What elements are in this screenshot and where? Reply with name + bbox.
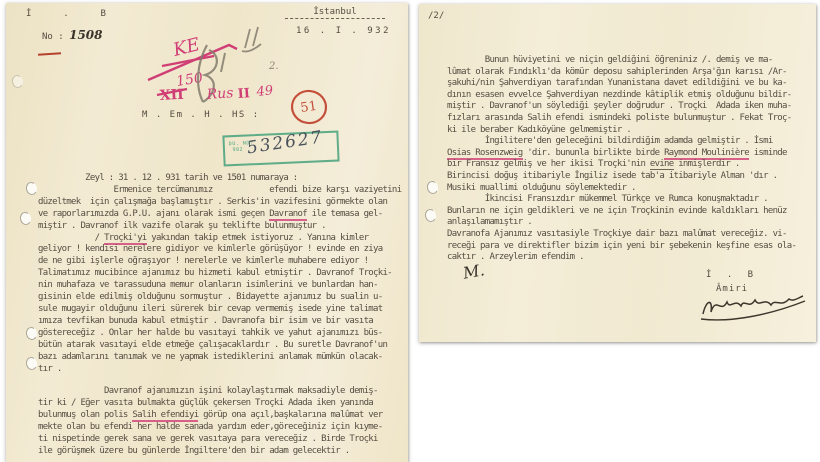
text-line: şakuhi/nin Şahverdiyan tarafından Yunani… (447, 78, 809, 90)
pencil-small-note: 2. (268, 61, 279, 72)
text-segment: Zeyl : 31 . 12 . 931 tarih ve 1501 numar… (38, 173, 298, 183)
underlined-text: Troçki'yi (104, 233, 146, 245)
no-label: No : (42, 32, 64, 42)
text-segment: tır . (38, 364, 62, 374)
text-segment: Talimatımız mucibince ajanımız bu hizmet… (38, 268, 392, 278)
text-segment: bulunmuş olan polis (38, 410, 132, 420)
text-segment: bir Fransız gelmiş ve her ikisi Troçki'n… (447, 159, 650, 169)
text-segment: ki ile beraber Kadıköyüne gelmemiştir . (447, 125, 631, 135)
text-segment: mekte olan bu efendi her halde sanada ya… (38, 422, 382, 432)
text-segment: İkincisi Fransızdır mükemmel Türkçe ve R… (447, 194, 768, 204)
text-segment: Birincisi doğuş itibariyle İngiliz isede… (447, 171, 777, 181)
text-segment: Ermenice tercümanımız efendi bize karşı … (38, 185, 401, 195)
pencil-stroke-i (221, 53, 225, 72)
text-segment: gisinin elde edilmiş olduğunu sormuştur … (38, 292, 382, 302)
document-scan-viewer: İ . B No : 1508 İstanbul 16 . I . 932 M … (0, 0, 820, 462)
text-segment: Musiki muallimi olduğunu söylemektedir . (447, 183, 636, 193)
text-line: Musiki muallimi olduğunu söylemektedir . (447, 183, 809, 195)
text-line: lûmat olarak Fındıklı'da kömür deposu sa… (447, 67, 809, 79)
text-segment: fızları arasında Salih efendi ismindeki … (447, 113, 791, 123)
doc-number-handwritten: 1508 (69, 28, 102, 42)
text-line: Ermenice tercümanımız efendi bize karşı … (38, 185, 404, 197)
text-segment: bazı adamlarını tanımak ve ne yapmak ist… (38, 352, 382, 362)
text-line: Zeyl : 31 . 12 . 931 tarih ve 1501 numar… (38, 173, 404, 185)
text-segment: göstereceğiz . Onlar her halde bu vasıta… (38, 328, 382, 338)
text-segment: ile temasa gel- (307, 209, 383, 219)
text-line: ımıza tevfikan bunuda kabul etmiştir . D… (38, 316, 404, 328)
text-line: sule mugayir olduğunu ileri sürerek bir … (38, 304, 404, 316)
text-line: miştir . Davranof ilk vazife olarak şu t… (38, 221, 404, 233)
text-segment: Davranof ajanımızın işini kolaylaştırmak… (38, 386, 378, 396)
punch-hole (19, 211, 32, 226)
scanned-page-1: İ . B No : 1508 İstanbul 16 . I . 932 M … (6, 3, 408, 462)
text-segment: ile görüşmek üzere bu günlerde İngiltere… (38, 446, 349, 456)
text-line: Talimatımız mucibince ajanımız bu hizmet… (38, 268, 404, 280)
text-segment: lûmat olarak Fındıklı'da kömür deposu sa… (447, 67, 787, 77)
text-segment: ve raporlarımızda G.P.U. ajanı olarak is… (38, 209, 269, 219)
doc-number-label: No : 1508 (42, 28, 103, 42)
text-line: tir ki / Eğer vasıta bulmakta güçlük çek… (38, 398, 404, 410)
underlined-text: Osias Rosenzweig (447, 148, 523, 160)
text-line: mekte olan bu efendi her halde sanada ya… (38, 422, 404, 434)
pink-script-note: Rus (205, 85, 234, 103)
text-segment: Bunun hüviyetini ve niçin geldiğini öğre… (447, 55, 773, 65)
text-segment: şakuhi/nin Şahverdiyan tarafından Yunani… (447, 78, 787, 88)
underlined-text: evine (650, 159, 674, 170)
typewritten-body: Bunun hüviyetini ve niçin geldiğini öğre… (447, 55, 809, 264)
text-line: Bunların ne için geldikleri ve ne için T… (447, 206, 809, 218)
pink-ke-note: KE (170, 34, 202, 61)
text-segment: Davranofa Ajanımız vasıtasiyle Troçkiye … (447, 229, 787, 239)
text-segment: yakından takip etmek istiyoruz . Yanına … (147, 233, 369, 243)
text-line: tır . (38, 364, 404, 376)
text-line: İkincisi Fransızdır mükemmel Türkçe ve R… (447, 194, 809, 206)
text-line: düzeltmek için çalışmağa başlamıştır . S… (38, 197, 404, 209)
text-segment: receği para ve direktifler bizim için ye… (447, 241, 796, 251)
pink-number-note: 49 (255, 83, 274, 100)
text-segment: caktır . Arzeylerim efendim . (447, 252, 584, 262)
text-segment: düzeltmek için çalışmağa başlamıştır . S… (38, 197, 387, 207)
circled-number: 51 (299, 99, 317, 116)
text-line: Davranofa Ajanımız vasıtasiyle Troçkiye … (447, 229, 809, 241)
text-segment: görüp ona açıl,başkalarına malûmat ver (198, 410, 382, 420)
text-line: anlaşılamamıştır . (447, 217, 809, 229)
text-line: Osias Rosenzweig 'dir. bununla birlikte … (447, 148, 809, 160)
text-line: İngilitere'den geleceğini bildirdiğim ad… (447, 136, 809, 148)
text-line: geliyor ! kendisi nerelere gidiyor ve ki… (38, 244, 404, 256)
text-segment: tir ki / Eğer vasıta bulmakta güçlük çek… (38, 398, 373, 408)
pink-roman-note: II (237, 86, 250, 102)
handwritten-annotations: KE 150 2. XII Rus II 49 51 (141, 23, 341, 133)
text-line: fızları arasında Salih efendi ismindeki … (447, 113, 809, 125)
punch-hole (11, 74, 24, 89)
page-number: /2/ (428, 11, 444, 21)
signature-flourish (701, 301, 805, 320)
punch-hole (426, 180, 439, 195)
text-line: receği para ve direktifler bizim için ye… (447, 241, 809, 253)
text-segment: ti nispetinde gerek sana ve gerek vasıta… (38, 434, 378, 444)
text-line: miştir . Davranof'un söylediği şeyler do… (447, 101, 809, 113)
signature-line (703, 296, 803, 314)
text-segment: ımıza tevfikan bunuda kabul etmiştir . D… (38, 316, 373, 326)
text-segment: 'dir. bununla birlikte birde (523, 148, 665, 158)
text-line (38, 375, 404, 386)
text-segment: isminde (749, 148, 787, 158)
registry-stamp: DU. NO: 982 532627 (222, 130, 339, 166)
text-line: Davranof ajanımızın işini kolaylaştırmak… (38, 386, 404, 398)
text-line: caktır . Arzeylerim efendim . (447, 252, 809, 264)
pencil-roman-ii-mark (242, 27, 261, 52)
text-line: de ne gibi işlerle oğraşıyor ! nerelerle… (38, 256, 404, 268)
signature-scrawl (697, 292, 812, 324)
punch-hole (25, 326, 38, 341)
text-segment: Bunların ne için geldikleri ve ne için T… (447, 206, 787, 216)
text-line: bulunmuş olan polis Salih efendiyi görüp… (38, 410, 404, 422)
text-line: nin muhafaza ve tarassuduna memur olanla… (38, 280, 404, 292)
underlined-text: Raymond Moulinière (664, 148, 749, 160)
city-line: İstanbul (285, 7, 385, 19)
text-segment: geliyor ! kendisi nerelere gidiyor ve ki… (38, 244, 382, 254)
org-code: İ . B (26, 9, 113, 19)
text-segment: anlaşılamamıştır . (447, 217, 532, 227)
text-line: ve raporlarımızda G.P.U. ajanı olarak is… (38, 209, 404, 221)
handwritten-initial: M. (462, 260, 486, 282)
text-segment: İngilitere'den geleceğini bildirdiğim ad… (447, 136, 773, 146)
text-line: dının esasen evvelce Şahverdiyan nezdind… (447, 90, 809, 102)
text-segment: nin muhafaza ve tarassuduna memur olanla… (38, 280, 378, 290)
text-line: bir Fransız gelmiş ve her ikisi Troçki'n… (447, 159, 809, 171)
punch-hole (25, 356, 38, 371)
red-dash-mark (38, 52, 61, 56)
org-code: İ . B (706, 270, 758, 280)
text-line: / Troçki'yi yakından takip etmek istiyor… (38, 233, 404, 245)
text-line: ile görüşmek üzere bu günlerde İngiltere… (38, 446, 404, 458)
scanned-page-2: /2/ Bunun hüviyetini ve niçin geldiğini … (419, 4, 816, 342)
text-segment: / (38, 233, 104, 243)
text-segment: inmişlerdir . (674, 159, 740, 169)
text-line: Bunun hüviyetini ve niçin geldiğini öğre… (447, 55, 809, 67)
underlined-text: Salih efendiyi (132, 410, 198, 422)
text-segment: sule mugayir olduğunu ileri sürerek bir … (38, 304, 382, 314)
text-line: ki ile beraber Kadıköyüne gelmemiştir . (447, 125, 809, 137)
text-line: bütün atarak vasıtayi elde etmeğe çalışa… (38, 340, 404, 352)
typewritten-body: Zeyl : 31 . 12 . 931 tarih ve 1501 numar… (38, 173, 404, 458)
text-line: göstereceğiz . Onlar her halde bu vasıta… (38, 328, 404, 340)
text-line: Birincisi doğuş itibariyle İngiliz isede… (447, 171, 809, 183)
text-segment: miştir . Davranof ilk vazife olarak şu t… (38, 221, 326, 231)
text-segment: bütün atarak vasıtayi elde etmeğe çalışa… (38, 340, 387, 350)
underlined-text: Davranof (269, 209, 307, 221)
text-line: gisinin elde edilmiş olduğunu sormuştur … (38, 292, 404, 304)
text-line: ti nispetinde gerek sana ve gerek vasıta… (38, 434, 404, 446)
text-segment: dının esasen evvelce Şahverdiyan nezdind… (447, 90, 791, 100)
punch-hole (25, 181, 38, 196)
text-line: bazı adamlarını tanımak ve ne yapmak ist… (38, 352, 404, 364)
text-segment: miştir . Davranof'un söylediği şeyler do… (447, 101, 791, 111)
punch-hole (424, 208, 437, 223)
text-segment: de ne gibi işlerle oğraşıyor ! nerelerle… (38, 256, 368, 266)
